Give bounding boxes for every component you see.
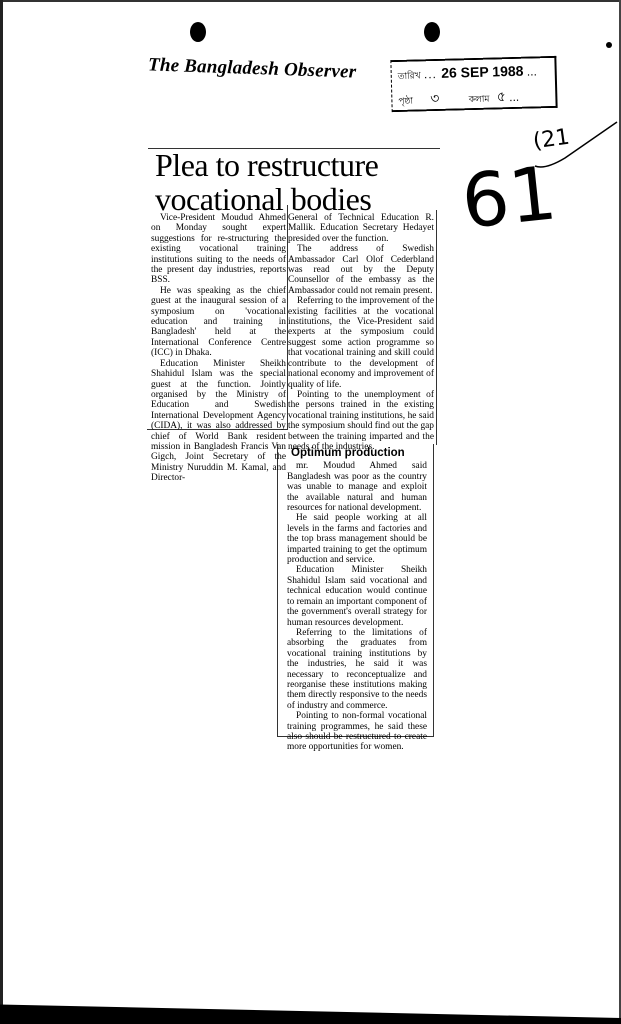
stamp-page-label: পৃষ্ঠা (398, 96, 413, 106)
paragraph: Referring to the improvement of the exis… (288, 296, 434, 390)
date-stamp: তারিখ ... 26 SEP 1988 ... পৃষ্ঠা ৩ কলাম … (390, 56, 557, 112)
paragraph: Pointing to non-formal vocational traini… (287, 711, 427, 753)
speck (606, 42, 612, 48)
publication-name: The Bangladesh Observer (148, 54, 357, 83)
subheading: Optimum production (291, 448, 427, 458)
stamp-date: 26 SEP 1988 (441, 63, 524, 81)
scan-shadow (0, 994, 621, 1024)
article-column-1: Vice-President Moudud Ahmed on Monday so… (151, 213, 286, 484)
paragraph: General of Technical Education R. Mallik… (288, 213, 434, 244)
stamp-page-value: ৩ (430, 90, 440, 106)
headline-line-1: Plea to restructure (155, 148, 378, 182)
paragraph: Referring to the limitations of absorbin… (287, 628, 427, 711)
paragraph: Education Minister Sheikh Shahidul Islam… (151, 359, 286, 484)
punch-hole-left (190, 22, 206, 42)
article-column-2: General of Technical Education R. Mallik… (288, 213, 434, 452)
stamp-date-label: তারিখ (398, 70, 421, 81)
column-2-border (436, 210, 437, 445)
stamp-column-label: কলাম (469, 94, 490, 105)
page-edge-left (0, 0, 3, 1024)
stamp-column-value: ৫ (496, 88, 506, 104)
handwritten-checkmark-icon (525, 118, 621, 168)
paragraph: Education Minister Sheikh Shahidul Islam… (287, 565, 427, 627)
paragraph: He was speaking as the chief guest at th… (151, 286, 286, 359)
paragraph: Pointing to the unemployment of the pers… (288, 390, 434, 452)
paragraph: The address of Swedish Ambassador Carl O… (288, 244, 434, 296)
article-column-3: Optimum production mr. Moudud Ahmed said… (287, 448, 427, 753)
page-edge-top (0, 0, 621, 2)
paragraph: Vice-President Moudud Ahmed on Monday so… (151, 213, 286, 286)
punch-hole-right (424, 22, 440, 42)
paragraph: mr. Moudud Ahmed said Bangladesh was poo… (287, 461, 427, 513)
paragraph: He said people working at all levels in … (287, 513, 427, 565)
